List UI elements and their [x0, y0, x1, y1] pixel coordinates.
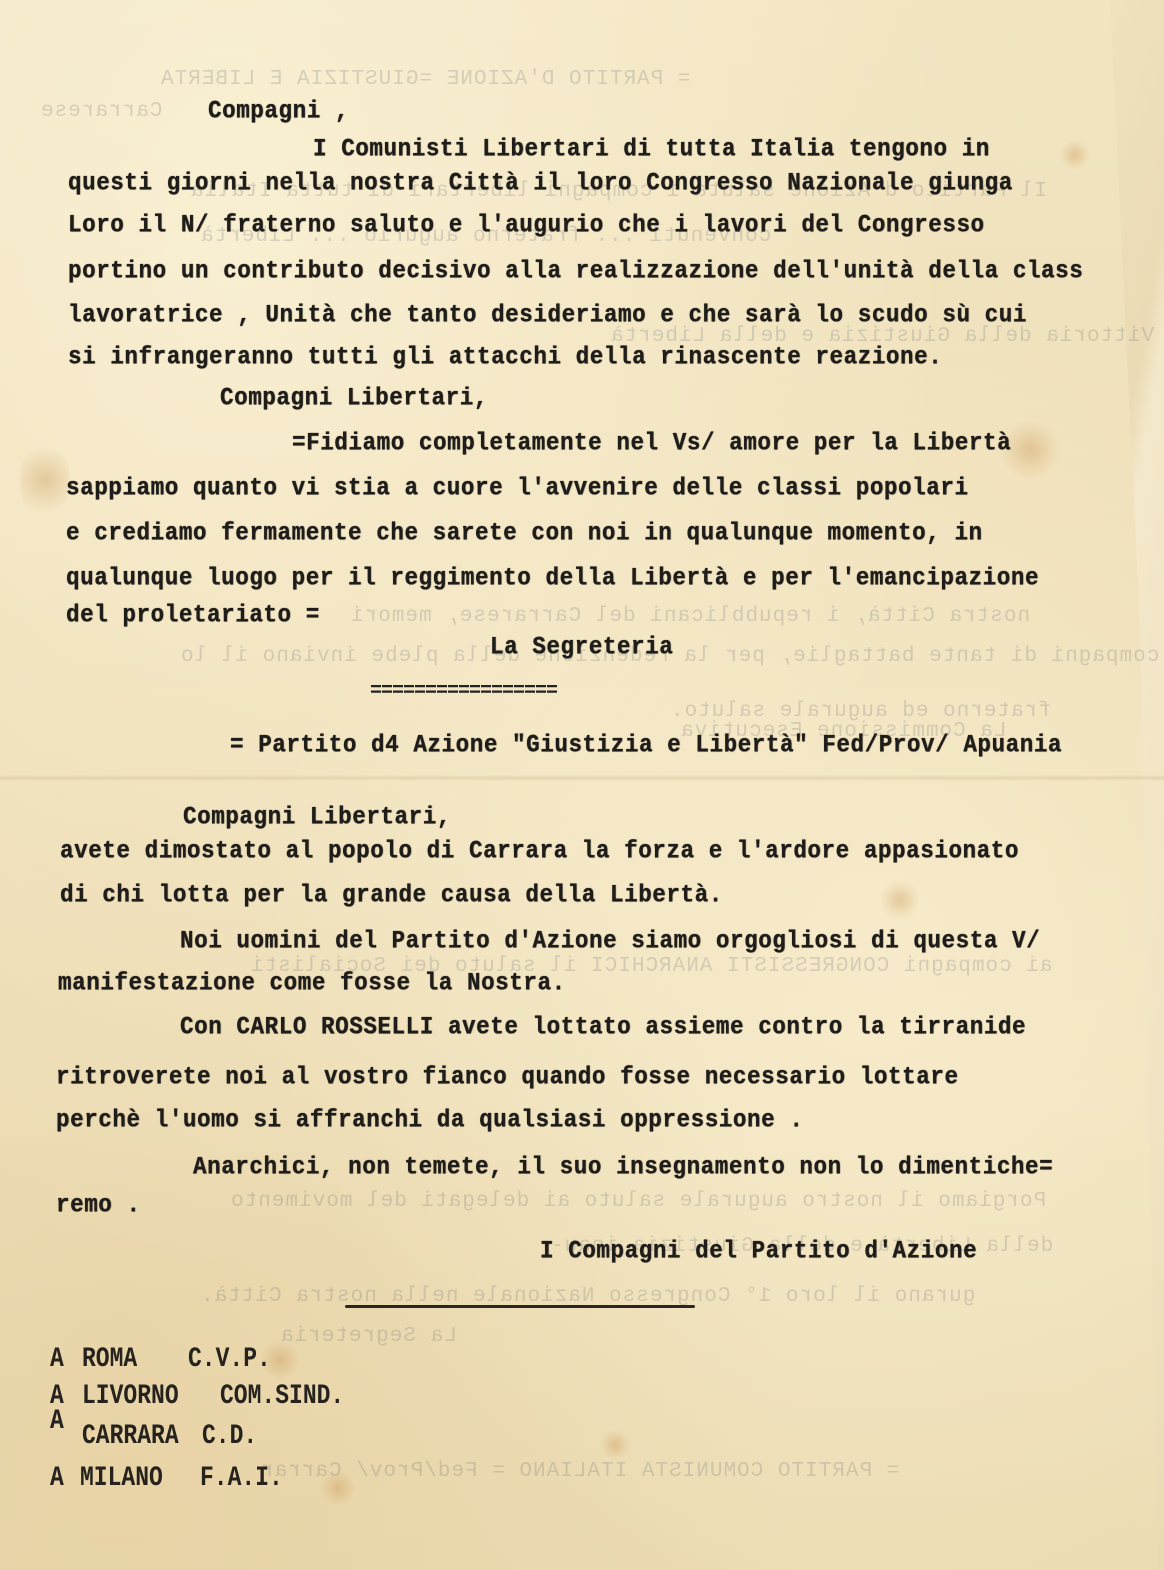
foxing-stain — [20, 440, 70, 520]
salutation-3: Compagni Libertari, — [183, 802, 451, 831]
paragraph-5-line: perchè l'uomo si affranchi da qualsiasi … — [56, 1105, 803, 1134]
paragraph-1-line: questi giorni nella nostra Città il loro… — [68, 168, 1013, 197]
distribution-org: C.V.P. — [188, 1343, 271, 1374]
paragraph-3-line: avete dimostato al popolo di Carrara la … — [60, 836, 1019, 865]
paragraph-2-line: del proletariato = — [66, 600, 320, 629]
paragraph-4-line: Noi uomini del Partito d'Azione siamo or… — [180, 926, 1040, 955]
distribution-org: C.D. — [202, 1420, 257, 1451]
signature-underline — [345, 1305, 695, 1308]
distribution-city: ROMA — [82, 1343, 137, 1374]
distribution-prefix: A — [50, 1343, 64, 1374]
paragraph-2-line: e crediamo fermamente che sarete con noi… — [66, 518, 983, 547]
paragraph-2-line: sappiamo quanto vi stia a cuore l'avveni… — [66, 473, 969, 502]
paragraph-3-line: di chi lotta per la grande causa della L… — [60, 880, 723, 909]
foxing-stain — [880, 880, 920, 920]
distribution-org: F.A.I. — [200, 1462, 283, 1493]
distribution-org: COM.SIND. — [220, 1380, 344, 1411]
foxing-stain — [600, 1430, 630, 1460]
paragraph-1-line: I Comunisti Libertari di tutta Italia te… — [313, 134, 990, 163]
distribution-prefix: A — [50, 1462, 64, 1493]
paragraph-5-line: ritroverete noi al vostro fianco quando … — [56, 1062, 959, 1091]
show-through-text: = PARTITO COMUNISTA ITALIANO = Fed/Prov/… — [260, 1460, 899, 1483]
paragraph-1-line: portino un contributo decisivo alla real… — [68, 256, 1083, 285]
paragraph-5-line: Con CARLO ROSSELLI avete lottato assieme… — [180, 1012, 1026, 1041]
signature-compagni-partito-azione: I Compagni del Partito d'Azione — [540, 1236, 977, 1265]
salutation: Compagni , — [208, 96, 349, 125]
show-through-text: Carrarese — [40, 100, 162, 123]
distribution-city: CARRARA — [82, 1420, 179, 1451]
separator-line: ================= — [370, 680, 557, 703]
show-through-text: = PARTITO D'AZIONE =GIUSTIZIA E LIBERTA — [160, 68, 690, 91]
paragraph-2-line: =Fidiamo completamente nel Vs/ amore per… — [292, 428, 1011, 457]
letter-2-header: = Partito d4 Azione "Giustizia e Libertà… — [230, 730, 1062, 759]
show-through-text: Porgiamo il nostro augurale saluto ai de… — [230, 1190, 1046, 1213]
show-through-text: nostra Città, i repubblicani del Carrare… — [350, 605, 1030, 628]
paragraph-1-line: Loro il N/ fraterno saluto e l'augurio c… — [68, 210, 985, 239]
paper-fold-middle — [0, 775, 1164, 781]
paragraph-6-line: Anarchici, non temete, il suo insegnamen… — [193, 1152, 1053, 1181]
show-through-text: La Segreteria — [280, 1325, 457, 1348]
distribution-prefix: A — [50, 1405, 64, 1436]
foxing-stain — [1060, 140, 1090, 170]
paragraph-2-line: qualunque luogo per il reggimento della … — [66, 563, 1039, 592]
paragraph-6-line: remo . — [56, 1190, 141, 1219]
paragraph-4-line: manifestazione come fosse la Nostra. — [58, 968, 566, 997]
paragraph-1-line: lavoratrice , Unità che tanto desideriam… — [68, 300, 1027, 329]
paragraph-1-line: si infrangeranno tutti gli attacchi dell… — [68, 342, 942, 371]
distribution-city: LIVORNO — [82, 1380, 179, 1411]
distribution-city: MILANO — [80, 1462, 163, 1493]
signature-la-segreteria: La Segreteria — [490, 632, 673, 661]
salutation-2: Compagni Libertari, — [220, 383, 488, 412]
